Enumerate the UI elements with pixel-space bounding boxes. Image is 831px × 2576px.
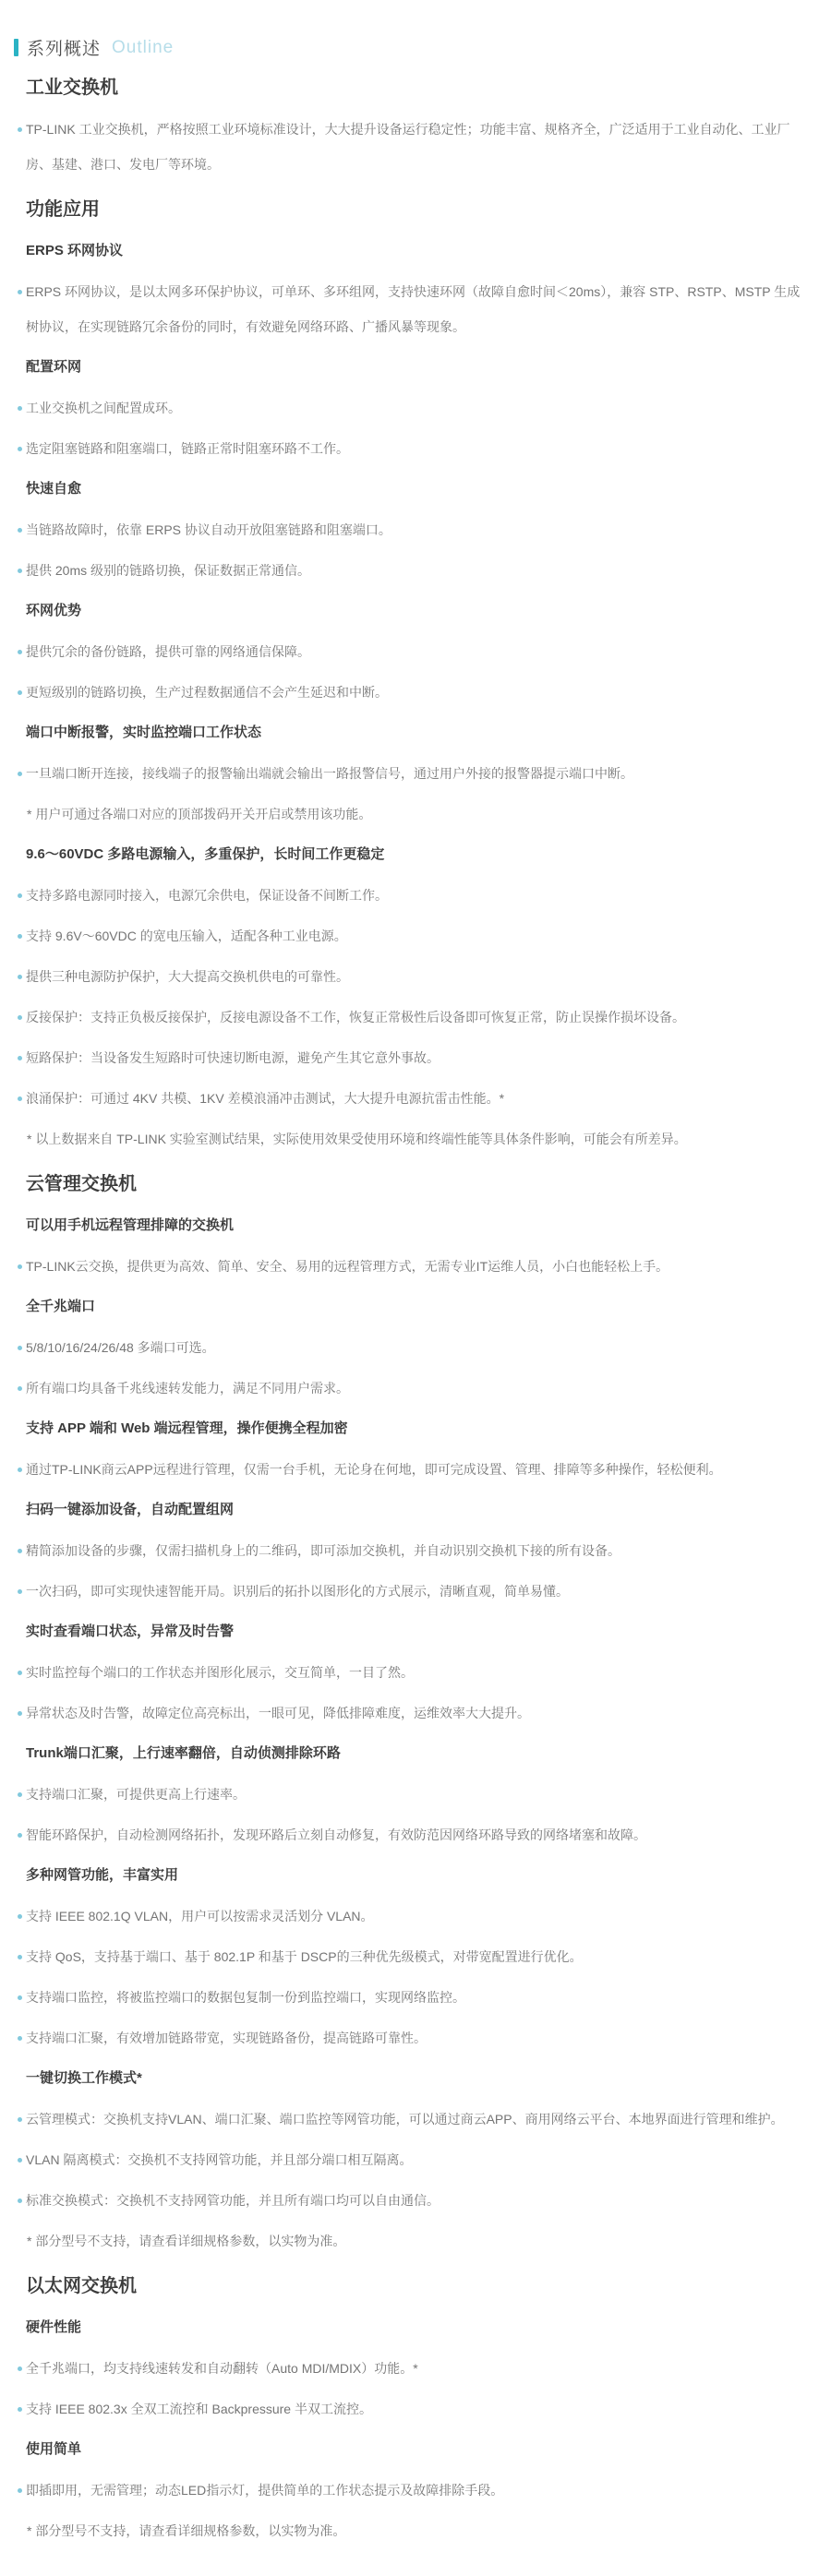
bullet-text: 短路保护：当设备发生短路时可快速切断电源，避免产生其它意外事故。 [26, 1050, 440, 1065]
series-header: 系列概述 Outline [0, 0, 831, 60]
bullet-text: 一旦端口断开连接，接线端子的报警输出端就会输出一路报警信号，通过用户外接的报警器… [26, 766, 633, 781]
bullet-icon [18, 2158, 22, 2163]
bullet-item: ERPS 环网协议，是以太网多环保护协议，可单环、多环组网，支持快速环网（故障自… [26, 274, 805, 344]
bullet-item: 支持多路电源同时接入，电源冗余供电，保证设备不间断工作。 [26, 878, 805, 913]
bullet-text: 支持 QoS，支持基于端口、基于 802.1P 和基于 DSCP的三种优先级模式… [26, 1949, 583, 1964]
subsection-heading: 可以用手机远程管理排障的交换机 [26, 1208, 805, 1243]
bullet-icon [18, 2488, 22, 2493]
bullet-text: ERPS 环网协议，是以太网多环保护协议，可单环、多环组网，支持快速环网（故障自… [26, 284, 800, 334]
bullet-item: 智能环路保护，自动检测网络拓扑，发现环路后立刻自动修复，有效防范因网络环路导致的… [26, 1817, 805, 1852]
bullet-icon [18, 127, 22, 132]
bullet-item: 一旦端口断开连接，接线端子的报警输出端就会输出一路报警信号，通过用户外接的报警器… [26, 756, 805, 791]
bullet-item: 浪涌保护：可通过 4KV 共模、1KV 差模浪涌冲击测试，大大提升电源抗雷击性能… [26, 1081, 805, 1116]
subsection-heading: 快速自愈 [26, 472, 805, 507]
bullet-item: 即插即用，无需管理；动态LED指示灯，提供简单的工作状态提示及故障排除手段。 [26, 2473, 805, 2508]
bullet-icon [18, 2366, 22, 2371]
bullet-item: 支持端口汇聚，可提供更高上行速率。 [26, 1777, 805, 1812]
footnote: * 部分型号不支持，请查看详细规格参数，以实物为准。 [27, 2513, 805, 2548]
series-title-en: Outline [112, 38, 174, 58]
footnote: * 用户可通过各端口对应的顶部拨码开关开启或禁用该功能。 [27, 797, 805, 832]
bullet-item: 支持 9.6V～60VDC 的宽电压输入，适配各种工业电源。 [26, 918, 805, 953]
bullet-text: 5/8/10/16/24/26/48 多端口可选。 [26, 1340, 215, 1355]
bullet-text: 精简添加设备的步骤，仅需扫描机身上的二维码，即可添加交换机，并自动识别交换机下接… [26, 1543, 620, 1558]
bullet-item: 当链路故障时，依靠 ERPS 协议自动开放阻塞链路和阻塞端口。 [26, 512, 805, 547]
bullet-icon [18, 1711, 22, 1716]
content: 工业交换机TP-LINK 工业交换机，严格按照工业环境标准设计，大大提升设备运行… [0, 69, 831, 2548]
bullet-item: 支持 QoS，支持基于端口、基于 802.1P 和基于 DSCP的三种优先级模式… [26, 1939, 805, 1974]
bullet-text: TP-LINK 工业交换机，严格按照工业环境标准设计，大大提升设备运行稳定性；功… [26, 122, 790, 172]
bullet-text: 支持多路电源同时接入，电源冗余供电，保证设备不间断工作。 [26, 888, 388, 903]
bullet-text: 浪涌保护：可通过 4KV 共模、1KV 差模浪涌冲击测试，大大提升电源抗雷击性能… [26, 1091, 504, 1106]
bullet-icon [18, 1096, 22, 1101]
section: 云管理交换机可以用手机远程管理排障的交换机TP-LINK云交换，提供更为高效、简… [0, 1166, 831, 2258]
bullet-icon [18, 1589, 22, 1594]
bullet-icon [18, 2036, 22, 2041]
footnote: * 部分型号不支持，请查看详细规格参数，以实物为准。 [27, 2223, 805, 2258]
bullet-item: 反接保护：支持正负极反接保护，反接电源设备不工作，恢复正常极性后设备即可恢复正常… [26, 1000, 805, 1035]
subsection-heading: 一键切换工作模式* [26, 2061, 805, 2096]
bullet-item: 支持 IEEE 802.3x 全双工流控和 Backpressure 半双工流控… [26, 2391, 805, 2426]
bullet-text: 即插即用，无需管理；动态LED指示灯，提供简单的工作状态提示及故障排除手段。 [26, 2483, 503, 2498]
bullet-text: 全千兆端口，均支持线速转发和自动翻转（Auto MDI/MDIX）功能。* [26, 2361, 418, 2376]
bullet-text: 标准交换模式：交换机不支持网管功能，并且所有端口均可以自由通信。 [26, 2193, 440, 2208]
bullet-item: 提供 20ms 级别的链路切换，保证数据正常通信。 [26, 553, 805, 588]
bullet-item: TP-LINK云交换，提供更为高效、简单、安全、易用的远程管理方式，无需专业IT… [26, 1249, 805, 1284]
accent-bar-icon [14, 39, 18, 56]
bullet-item: 工业交换机之间配置成环。 [26, 390, 805, 425]
bullet-text: 支持 9.6V～60VDC 的宽电压输入，适配各种工业电源。 [26, 929, 347, 943]
bullet-icon [18, 290, 22, 294]
bullet-text: 异常状态及时告警，故障定位高亮标出，一眼可见，降低排障难度，运维效率大大提升。 [26, 1706, 530, 1720]
subsection-heading: 使用简单 [26, 2432, 805, 2467]
bullet-text: 通过TP-LINK商云APP远程进行管理，仅需一台手机，无论身在何地，即可完成设… [26, 1462, 722, 1477]
bullet-icon [18, 772, 22, 776]
bullet-item: 标准交换模式：交换机不支持网管功能，并且所有端口均可以自由通信。 [26, 2183, 805, 2218]
bullet-icon [18, 1833, 22, 1838]
bullet-icon [18, 2117, 22, 2122]
bullet-item: 异常状态及时告警，故障定位高亮标出，一眼可见，降低排障难度，运维效率大大提升。 [26, 1695, 805, 1731]
bullet-text: 支持端口汇聚，可提供更高上行速率。 [26, 1787, 246, 1802]
bullet-item: 更短级别的链路切换，生产过程数据通信不会产生延迟和中断。 [26, 675, 805, 710]
bullet-icon [18, 650, 22, 654]
subsection-heading: 实时查看端口状态，异常及时告警 [26, 1614, 805, 1649]
subsection-heading: 硬件性能 [26, 2310, 805, 2345]
bullet-text: VLAN 隔离模式：交换机不支持网管功能，并且部分端口相互隔离。 [26, 2152, 412, 2167]
bullet-text: 一次扫码，即可实现快速智能开局。识别后的拓扑以图形化的方式展示，清晰直观，简单易… [26, 1584, 569, 1599]
bullet-item: VLAN 隔离模式：交换机不支持网管功能，并且部分端口相互隔离。 [26, 2142, 805, 2177]
subsection-heading: 扫码一键添加设备，自动配置组网 [26, 1492, 805, 1528]
bullet-text: 提供三种电源防护保护，大大提高交换机供电的可靠性。 [26, 969, 349, 984]
section: 工业交换机TP-LINK 工业交换机，严格按照工业环境标准设计，大大提升设备运行… [0, 69, 831, 182]
bullet-text: 支持 IEEE 802.3x 全双工流控和 Backpressure 半双工流控… [26, 2402, 372, 2416]
section-title: 功能应用 [26, 191, 805, 228]
section-title: 工业交换机 [26, 69, 805, 106]
bullet-icon [18, 690, 22, 695]
bullet-icon [18, 1468, 22, 1472]
bullet-item: TP-LINK 工业交换机，严格按照工业环境标准设计，大大提升设备运行稳定性；功… [26, 112, 805, 182]
bullet-text: 提供冗余的备份链路，提供可靠的网络通信保障。 [26, 644, 310, 659]
bullet-icon [18, 406, 22, 411]
bullet-icon [18, 1346, 22, 1350]
subsection-heading: ERPS 环网协议 [26, 234, 805, 269]
product-outline-page: 系列概述 Outline 工业交换机TP-LINK 工业交换机，严格按照工业环境… [0, 0, 831, 2576]
bullet-item: 支持端口汇聚，有效增加链路带宽，实现链路备份，提高链路可靠性。 [26, 2020, 805, 2055]
bullet-text: 云管理模式：交换机支持VLAN、端口汇聚、端口监控等网管功能，可以通过商云APP… [26, 2112, 784, 2127]
section: 以太网交换机硬件性能全千兆端口，均支持线速转发和自动翻转（Auto MDI/MD… [0, 2268, 831, 2548]
bullet-text: TP-LINK云交换，提供更为高效、简单、安全、易用的远程管理方式，无需专业IT… [26, 1259, 668, 1274]
bullet-item: 提供冗余的备份链路，提供可靠的网络通信保障。 [26, 634, 805, 669]
bullet-text: 反接保护：支持正负极反接保护，反接电源设备不工作，恢复正常极性后设备即可恢复正常… [26, 1010, 685, 1024]
bullet-item: 全千兆端口，均支持线速转发和自动翻转（Auto MDI/MDIX）功能。* [26, 2351, 805, 2386]
bullet-item: 云管理模式：交换机支持VLAN、端口汇聚、端口监控等网管功能，可以通过商云APP… [26, 2102, 805, 2137]
subsection-heading: 配置环网 [26, 350, 805, 385]
subsection-heading: 多种网管功能，丰富实用 [26, 1858, 805, 1893]
bullet-text: 选定阻塞链路和阻塞端口，链路正常时阻塞环路不工作。 [26, 441, 349, 456]
bullet-icon [18, 893, 22, 898]
subsection-heading: 9.6～60VDC 多路电源输入，多重保护，长时间工作更稳定 [26, 837, 805, 872]
subsection-heading: 环网优势 [26, 593, 805, 629]
subsection-heading: 端口中断报警，实时监控端口工作状态 [26, 715, 805, 750]
bullet-item: 通过TP-LINK商云APP远程进行管理，仅需一台手机，无论身在何地，即可完成设… [26, 1452, 805, 1487]
bullet-text: 工业交换机之间配置成环。 [26, 401, 181, 415]
bullet-icon [18, 1995, 22, 2000]
bullet-item: 所有端口均具备千兆线速转发能力，满足不同用户需求。 [26, 1371, 805, 1406]
bullet-text: 所有端口均具备千兆线速转发能力，满足不同用户需求。 [26, 1381, 349, 1396]
section-title: 以太网交换机 [26, 2268, 805, 2305]
section: 功能应用ERPS 环网协议ERPS 环网协议，是以太网多环保护协议，可单环、多环… [0, 191, 831, 1156]
bullet-icon [18, 1386, 22, 1391]
bullet-icon [18, 1264, 22, 1269]
bullet-item: 一次扫码，即可实现快速智能开局。识别后的拓扑以图形化的方式展示，清晰直观，简单易… [26, 1574, 805, 1609]
bullet-text: 支持 IEEE 802.1Q VLAN，用户可以按需求灵活划分 VLAN。 [26, 1909, 374, 1923]
bullet-text: 当链路故障时，依靠 ERPS 协议自动开放阻塞链路和阻塞端口。 [26, 522, 391, 537]
bullet-icon [18, 1955, 22, 1959]
bullet-text: 支持端口汇聚，有效增加链路带宽，实现链路备份，提高链路可靠性。 [26, 2031, 427, 2045]
bullet-item: 支持 IEEE 802.1Q VLAN，用户可以按需求灵活划分 VLAN。 [26, 1899, 805, 1934]
series-title-cn: 系列概述 [27, 35, 101, 60]
bullet-text: 实时监控每个端口的工作状态并图形化展示，交互简单，一目了然。 [26, 1665, 414, 1680]
bullet-text: 更短级别的链路切换，生产过程数据通信不会产生延迟和中断。 [26, 685, 388, 700]
bullet-icon [18, 569, 22, 573]
subsection-heading: 全千兆端口 [26, 1289, 805, 1324]
footnote: * 以上数据来自 TP-LINK 实验室测试结果，实际使用效果受使用环境和终端性… [27, 1121, 805, 1156]
bullet-icon [18, 934, 22, 939]
bullet-text: 支持端口监控，将被监控端口的数据包复制一份到监控端口，实现网络监控。 [26, 1990, 465, 2005]
bullet-item: 支持端口监控，将被监控端口的数据包复制一份到监控端口，实现网络监控。 [26, 1980, 805, 2015]
subsection-heading: Trunk端口汇聚，上行速率翻倍，自动侦测排除环路 [26, 1736, 805, 1771]
bullet-icon [18, 1015, 22, 1020]
bullet-icon [18, 1549, 22, 1553]
bullet-text: 智能环路保护，自动检测网络拓扑，发现环路后立刻自动修复，有效防范因网络环路导致的… [26, 1827, 646, 1842]
bullet-item: 短路保护：当设备发生短路时可快速切断电源，避免产生其它意外事故。 [26, 1040, 805, 1075]
bullet-item: 选定阻塞链路和阻塞端口，链路正常时阻塞环路不工作。 [26, 431, 805, 466]
bullet-icon [18, 1671, 22, 1675]
bullet-icon [18, 1056, 22, 1060]
bullet-icon [18, 2407, 22, 2412]
bullet-icon [18, 528, 22, 533]
bullet-icon [18, 1914, 22, 1919]
subsection-heading: 支持 APP 端和 Web 端远程管理，操作便携全程加密 [26, 1411, 805, 1446]
section-title: 云管理交换机 [26, 1166, 805, 1203]
bullet-icon [18, 447, 22, 451]
bullet-item: 提供三种电源防护保护，大大提高交换机供电的可靠性。 [26, 959, 805, 994]
bullet-item: 实时监控每个端口的工作状态并图形化展示，交互简单，一目了然。 [26, 1655, 805, 1690]
bullet-icon [18, 975, 22, 979]
bullet-icon [18, 1792, 22, 1797]
bullet-item: 精简添加设备的步骤，仅需扫描机身上的二维码，即可添加交换机，并自动识别交换机下接… [26, 1533, 805, 1568]
bullet-item: 5/8/10/16/24/26/48 多端口可选。 [26, 1330, 805, 1365]
bullet-text: 提供 20ms 级别的链路切换，保证数据正常通信。 [26, 563, 310, 578]
bullet-icon [18, 2199, 22, 2203]
